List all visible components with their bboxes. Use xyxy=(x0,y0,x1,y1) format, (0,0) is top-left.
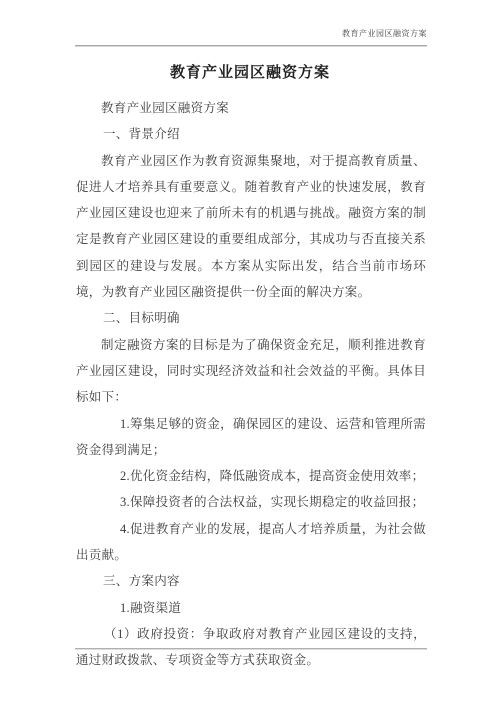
section-heading: 一、背景介绍 xyxy=(76,121,426,147)
paragraph: 教育产业园区作为教育资源集聚地，对于提高教育质量、促进人才培养具有重要意义。随着… xyxy=(76,148,426,306)
paragraph: 制定融资方案的目标是为了确保资金充足，顺利推进教育产业园区建设，同时实现经济效益… xyxy=(76,332,426,411)
page-number: 1 xyxy=(0,652,500,664)
list-item: 1.融资渠道 xyxy=(76,595,426,621)
page-header-text: 教育产业园区融资方案 xyxy=(342,28,427,39)
header-rule xyxy=(75,45,427,47)
footer-rule xyxy=(75,648,427,650)
document-title: 教育产业园区融资方案 xyxy=(0,61,500,82)
list-item: 2.优化资金结构，降低融资成本，提高资金使用效率； xyxy=(76,463,426,489)
document-page: 教育产业园区融资方案 教育产业园区融资方案 教育产业园区融资方案 一、背景介绍 … xyxy=(0,0,500,707)
document-body: 教育产业园区融资方案 一、背景介绍 教育产业园区作为教育资源集聚地，对于提高教育… xyxy=(76,95,426,674)
section-heading: 三、方案内容 xyxy=(76,568,426,594)
list-item: 4.促进教育产业的发展，提高人才培养质量，为社会做出贡献。 xyxy=(76,516,426,569)
section-heading: 二、目标明确 xyxy=(76,305,426,331)
list-item: 1.筹集足够的资金，确保园区的建设、运营和管理所需资金得到满足； xyxy=(76,411,426,464)
paragraph: 教育产业园区融资方案 xyxy=(76,95,426,121)
list-item: 3.保障投资者的合法权益，实现长期稳定的收益回报； xyxy=(76,489,426,515)
